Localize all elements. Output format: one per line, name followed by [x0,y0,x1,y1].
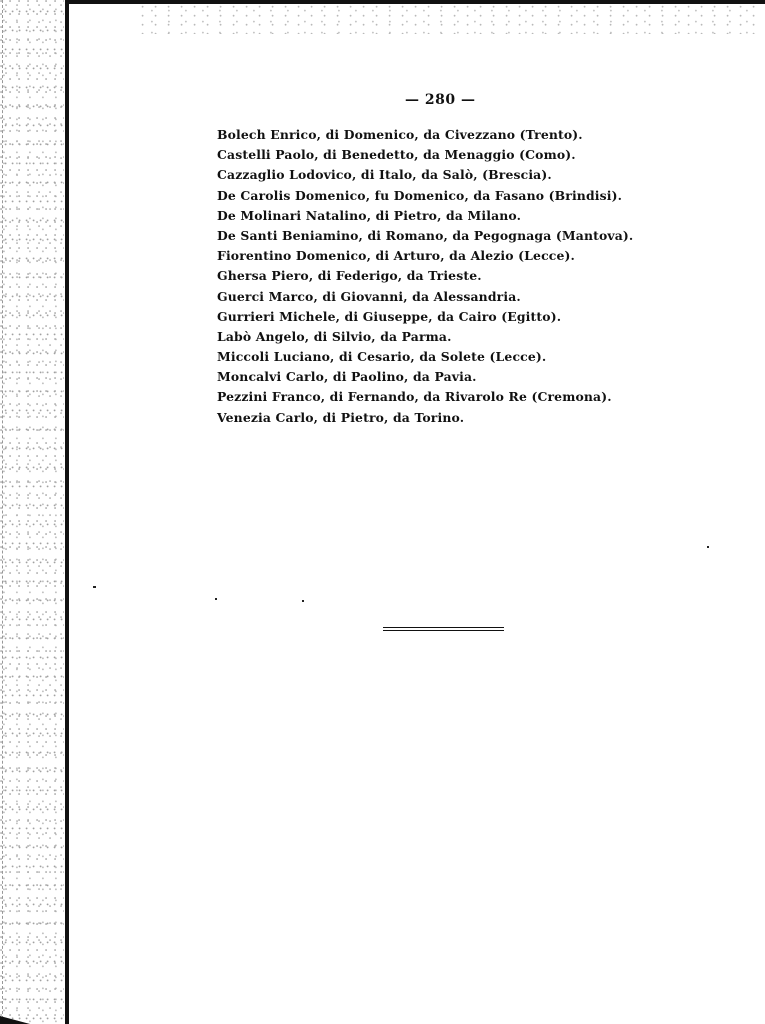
list-item: De Molinari Natalino, di Pietro, da Mila… [217,206,633,226]
list-item: Ghersa Piero, di Federigo, da Trieste. [217,266,633,286]
list-item: Fiorentino Domenico, di Arturo, da Alezi… [217,246,633,266]
end-double-rule [383,627,504,631]
stray-mark [93,586,96,588]
scan-margin-line [2,0,4,1024]
list-item: Pezzini Franco, di Fernando, da Rivarolo… [217,387,633,407]
scan-top-noise [140,4,760,34]
list-item: Venezia Carlo, di Pietro, da Torino. [217,408,633,428]
stray-mark [215,598,217,600]
page-edge-left [65,0,69,1024]
list-item: Guerci Marco, di Giovanni, da Alessandri… [217,287,633,307]
list-item: Bolech Enrico, di Domenico, da Civezzano… [217,125,633,145]
scan-corner-blot [0,1016,30,1024]
list-item: Castelli Paolo, di Benedetto, da Menaggi… [217,145,633,165]
list-item: Labò Angelo, di Silvio, da Parma. [217,327,633,347]
scan-margin-noise [0,0,64,1024]
list-item: De Carolis Domenico, fu Domenico, da Fas… [217,186,633,206]
list-item: Moncalvi Carlo, di Paolino, da Pavia. [217,367,633,387]
stray-mark [707,546,709,548]
page-number: — 280 — [405,92,475,108]
stray-mark [302,600,304,602]
list-item: Gurrieri Michele, di Giuseppe, da Cairo … [217,307,633,327]
list-item: De Santi Beniamino, di Romano, da Pegogn… [217,226,633,246]
list-item: Cazzaglio Lodovico, di Italo, da Salò, (… [217,165,633,185]
name-list: Bolech Enrico, di Domenico, da Civezzano… [217,125,633,428]
list-item: Miccoli Luciano, di Cesario, da Solete (… [217,347,633,367]
